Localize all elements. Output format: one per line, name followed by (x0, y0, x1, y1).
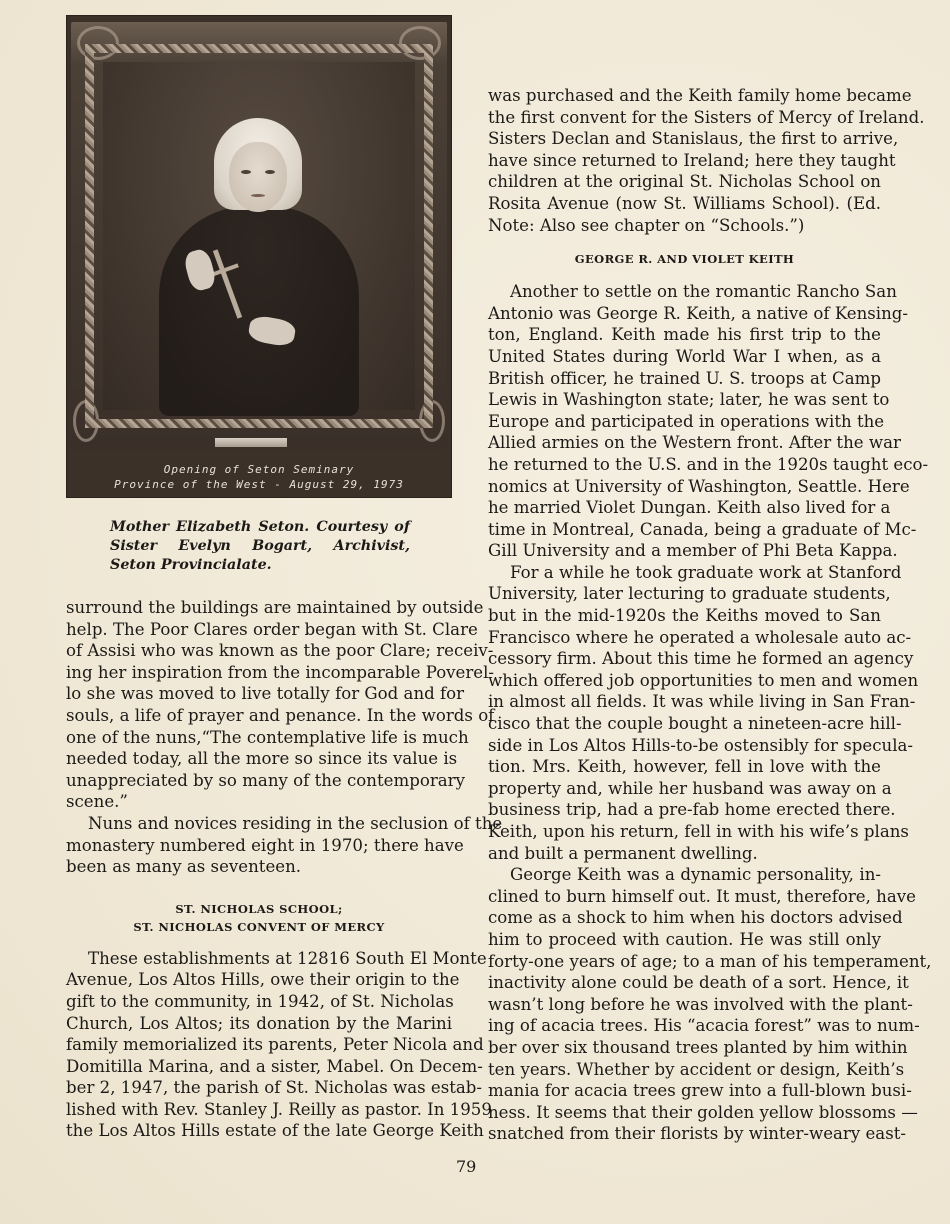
right-column: was purchased and the Keith family home … (488, 85, 881, 1145)
figure-caption: Mother Elizabeth Seton. Courtesy of Sist… (110, 518, 410, 575)
portrait-photograph: Opening of Seton Seminary Province of th… (67, 16, 451, 497)
face (229, 142, 287, 212)
paragraph: For a while he took graduate work at Sta… (488, 562, 881, 864)
page-number: 79 (456, 1157, 476, 1176)
photo-inscription: Opening of Seton Seminary Province of th… (67, 462, 451, 492)
section-heading: ST. NICHOLAS SCHOOL; ST. NICHOLAS CONVEN… (66, 900, 452, 936)
paragraph: George Keith was a dynamic personality, … (488, 864, 881, 1145)
book-page: Opening of Seton Seminary Province of th… (0, 0, 950, 1224)
left-column: surround the buildings are maintained by… (66, 597, 452, 1142)
paragraph: Another to settle on the romantic Rancho… (488, 281, 881, 562)
habit (159, 206, 359, 416)
paragraph: These establishments at 12816 South El M… (66, 948, 452, 1142)
section-heading: GEORGE R. AND VIOLET KEITH (488, 250, 881, 268)
paragraph: Nuns and novices residing in the seclusi… (66, 813, 452, 878)
nun-figure (149, 118, 369, 408)
paragraph: surround the buildings are maintained by… (66, 597, 452, 813)
frame-plaque (215, 438, 287, 447)
paragraph: was purchased and the Keith family home … (488, 85, 881, 236)
ornate-frame (71, 22, 447, 450)
